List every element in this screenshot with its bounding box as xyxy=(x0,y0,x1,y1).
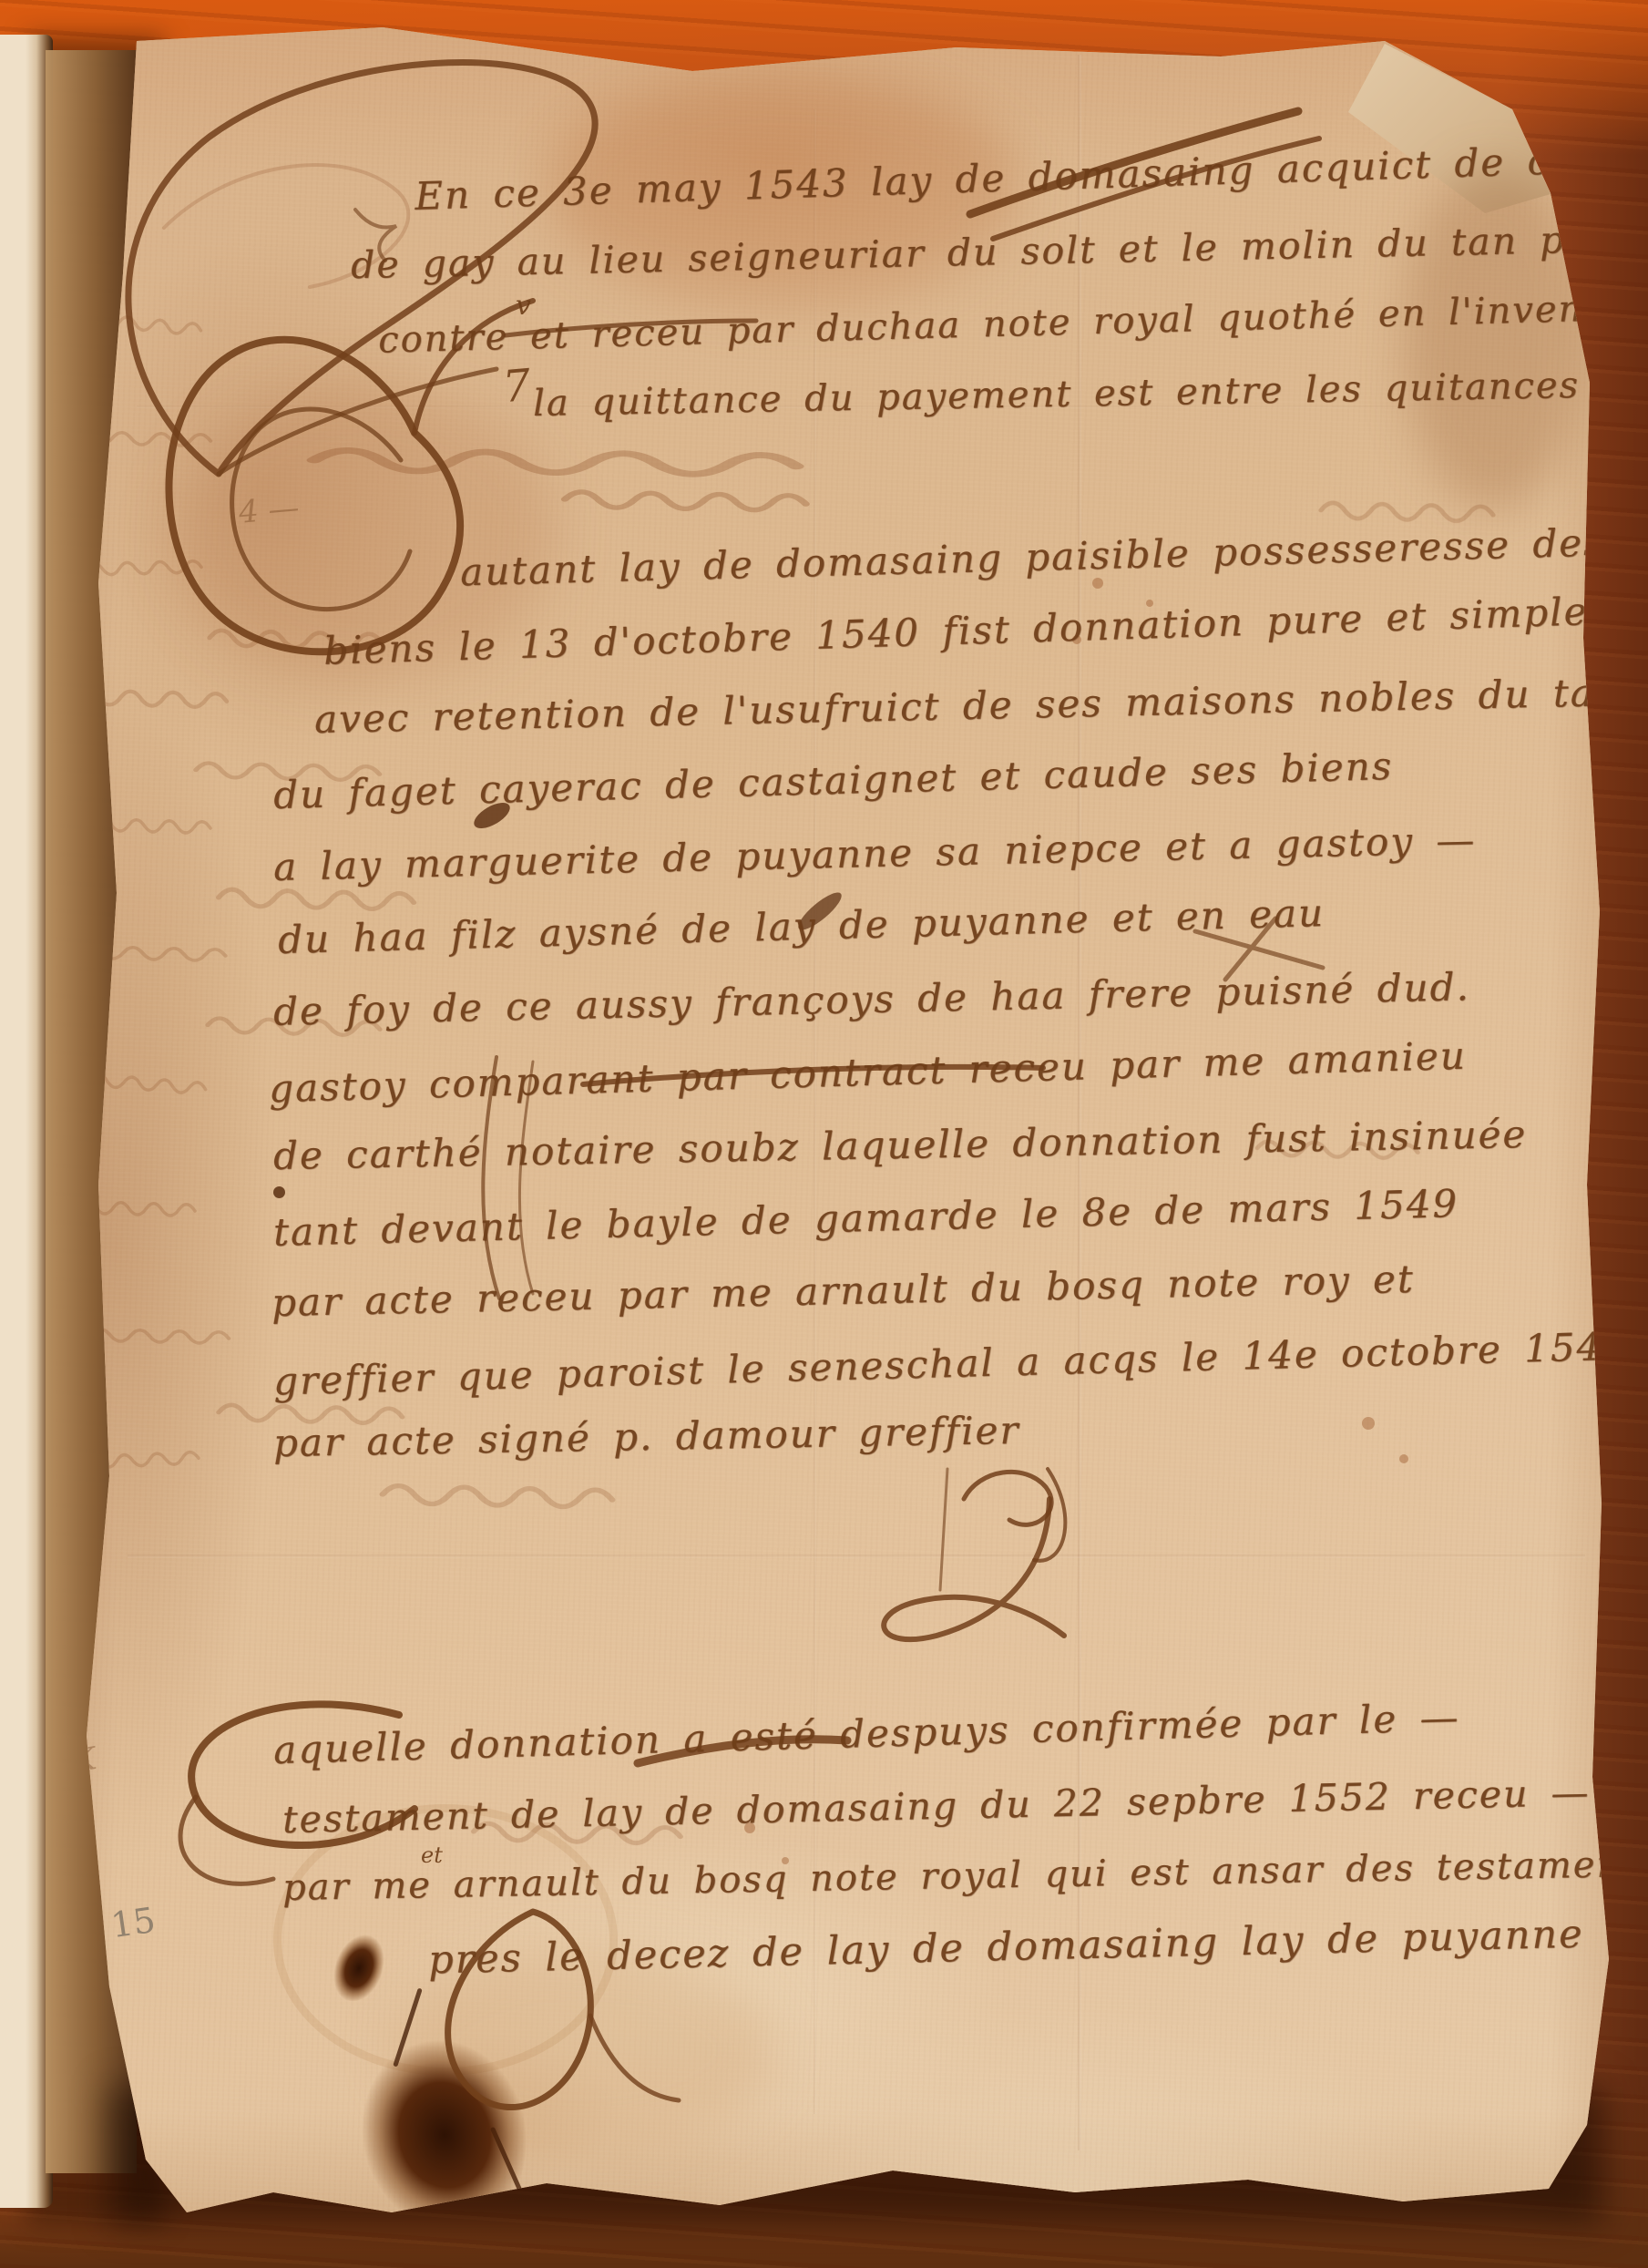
manuscript-line-8: du faget cayerac de castaignet et caude … xyxy=(273,744,1394,817)
manuscript-line-21: pres le decez de lay de domasaing lay de… xyxy=(428,1912,1585,1984)
manuscript-line-2: de gay au lieu seigneuriar du solt et le… xyxy=(351,216,1648,287)
manuscript-line-11: de foy de ce aussy françoys de haa frere… xyxy=(273,964,1471,1034)
manuscript-line-6: biens le 13 d'octobre 1540 fist donnatio… xyxy=(323,589,1590,673)
manuscript-line-9: a lay marguerite de puyanne sa niepce et… xyxy=(273,817,1477,889)
manuscript-photo: En ce 3e may 1543 lay de domasaing acqui… xyxy=(0,0,1648,2268)
manuscript-line-12: gastoy comparant par contract receu par … xyxy=(269,1033,1468,1112)
manuscript-line-16: greffier que paroist le seneschal a acqs… xyxy=(273,1324,1630,1404)
interline-superscript: et xyxy=(421,1842,443,1868)
manuscript-line-18: aquelle donnation a esté despuys confirm… xyxy=(273,1695,1461,1772)
manuscript-line-7: avec retention de l'usufruict de ses mai… xyxy=(314,670,1622,742)
pilcrow-mark: 7 xyxy=(501,360,533,413)
pencil-folio-number: 15 xyxy=(108,1900,158,1945)
manuscript-line-3: contre et receu par duchaa note royal qu… xyxy=(378,285,1648,361)
manuscript-line-19: testament de lay de domasaing du 22 sepb… xyxy=(282,1770,1591,1842)
manuscript-line-10: du haa filz aysné de lay de puyanne et e… xyxy=(278,890,1326,962)
handwritten-text: En ce 3e may 1543 lay de domasaing acqui… xyxy=(0,0,1648,2268)
insert-caret-mark: v xyxy=(516,290,531,322)
bullet-mark xyxy=(273,1186,285,1198)
manuscript-line-4: la quittance du payement est entre les q… xyxy=(533,361,1648,425)
manuscript-page: En ce 3e may 1543 lay de domasaing acqui… xyxy=(0,0,1648,2268)
margin-note-mark: 4 — xyxy=(237,489,301,531)
manuscript-line-14: tant devant le bayle de gamarde le 8e de… xyxy=(273,1181,1459,1255)
manuscript-line-1: En ce 3e may 1543 lay de domasaing acqui… xyxy=(415,132,1648,219)
manuscript-line-15: par acte receu par me arnault du bosq no… xyxy=(271,1257,1416,1325)
manuscript-line-5: autant lay de domasaing paisible possess… xyxy=(460,517,1648,595)
manuscript-line-13: de carthé notaire soubz laquelle donnati… xyxy=(273,1112,1528,1178)
manuscript-line-20: par me arnault du bosq note royal qui es… xyxy=(282,1843,1643,1909)
manuscript-line-17: par acte signé p. damour greffier xyxy=(273,1408,1020,1465)
